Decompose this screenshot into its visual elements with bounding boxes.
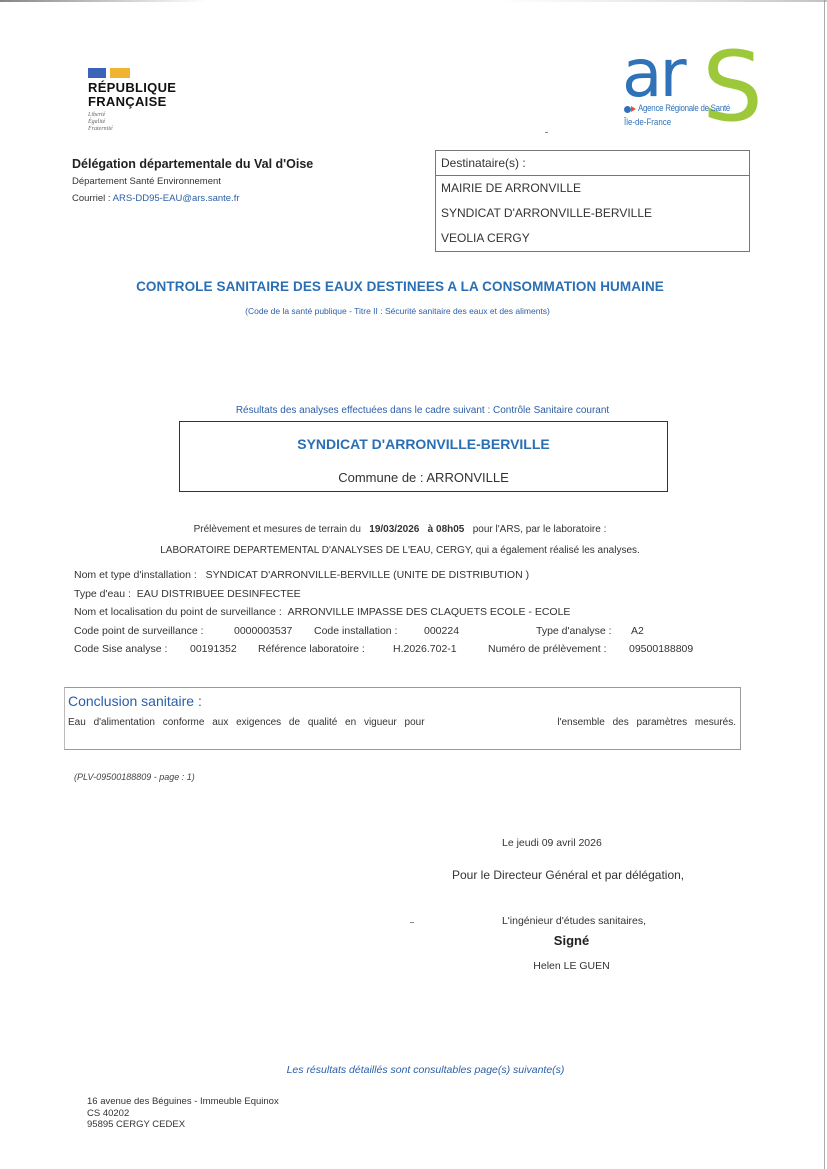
- delegation-block: Délégation départementale du Val d'Oise …: [72, 157, 313, 204]
- conclusion-box: Conclusion sanitaire : Eau d'alimentatio…: [64, 687, 741, 750]
- sampling-info: Prélèvement et mesures de terrain du 19/…: [0, 519, 800, 561]
- entity-name: SYNDICAT D'ARRONVILLE-BERVILLE: [180, 436, 667, 452]
- signature-signed: Signé: [0, 933, 827, 948]
- recipient-item: SYNDICAT D'ARRONVILLE-BERVILLE: [436, 201, 749, 226]
- footer-address: 16 avenue des Béguines - Immeuble Equino…: [87, 1096, 279, 1131]
- analysis-type-value: A2: [631, 622, 644, 641]
- ars-chevron-icon: [631, 106, 636, 112]
- sampling-date: 19/03/2026: [369, 524, 419, 535]
- codes-row: Code point de surveillance : 0000003537 …: [74, 622, 570, 641]
- email-link[interactable]: ARS-DD95-EAU@ars.sante.fr: [113, 193, 240, 204]
- rf-name-line1: RÉPUBLIQUE: [88, 81, 176, 95]
- ars-region-name: Île-de-France: [624, 117, 671, 127]
- conclusion-text: Eau d'alimentation conforme aux exigence…: [68, 717, 736, 728]
- lab-ref-value: H.2026.702-1: [393, 640, 457, 659]
- delegation-department: Département Santé Environnement: [72, 176, 313, 187]
- details-block: Nom et type d'installation : SYNDICAT D'…: [74, 566, 570, 659]
- ars-agency-name: Agence Régionale de Santé: [638, 103, 730, 113]
- recipients-box: Destinataire(s) : MAIRIE DE ARRONVILLE S…: [435, 150, 750, 252]
- recipients-label: Destinataire(s) :: [436, 151, 749, 176]
- signature-for: Pour le Directeur Général et par délégat…: [452, 868, 684, 882]
- republique-francaise-logo: RÉPUBLIQUE FRANÇAISE Liberté Égalité Fra…: [88, 68, 176, 133]
- document-subtitle: (Code de la santé publique - Titre II : …: [0, 306, 795, 316]
- water-type-value: EAU DISTRIBUEE DESINFECTEE: [137, 585, 301, 604]
- point-code-value: 0000003537: [234, 622, 292, 641]
- point-row: Nom et localisation du point de surveill…: [74, 603, 570, 622]
- water-type-row: Type d'eau : EAU DISTRIBUEE DESINFECTEE: [74, 585, 570, 604]
- recipient-item: VEOLIA CERGY: [436, 226, 749, 251]
- signature-date: Le jeudi 09 avril 2026: [502, 837, 602, 849]
- delegation-mail: Courriel : ARS-DD95-EAU@ars.sante.fr: [72, 193, 313, 204]
- detailed-results-note: Les résultats détaillés sont consultable…: [0, 1064, 827, 1076]
- signature-role: L'ingénieur d'études sanitaires,: [0, 915, 827, 927]
- sampling-line-1: Prélèvement et mesures de terrain du 19/…: [0, 519, 800, 540]
- installation-value: SYNDICAT D'ARRONVILLE-BERVILLE (UNITE DE…: [206, 566, 529, 585]
- rf-name-line2: FRANÇAISE: [88, 95, 176, 109]
- entity-box: SYNDICAT D'ARRONVILLE-BERVILLE Commune d…: [179, 421, 668, 492]
- rf-motto: Liberté Égalité Fraternité: [88, 112, 176, 133]
- installation-row: Nom et type d'installation : SYNDICAT D'…: [74, 566, 570, 585]
- signature-name: Helen LE GUEN: [0, 960, 827, 972]
- sise-value: 00191352: [190, 640, 237, 659]
- scan-edge-top: [0, 0, 827, 2]
- sampling-time: à 08h05: [428, 524, 465, 535]
- ars-letter-s: S: [702, 37, 763, 137]
- install-code-value: 000224: [424, 622, 459, 641]
- delegation-title: Délégation départementale du Val d'Oise: [72, 157, 313, 171]
- conclusion-title: Conclusion sanitaire :: [68, 693, 202, 709]
- analysis-context: Résultats des analyses effectuées dans l…: [0, 405, 827, 416]
- ars-logo: ar S Agence Régionale de Santé Île-de-Fr…: [620, 45, 760, 145]
- point-value: ARRONVILLE IMPASSE DES CLAQUETS ECOLE - …: [288, 603, 571, 622]
- marianne-flag-icon: [88, 68, 176, 78]
- entity-commune: Commune de : ARRONVILLE: [180, 470, 667, 485]
- sampling-lab-line: LABORATOIRE DEPARTEMENTAL D'ANALYSES DE …: [0, 540, 800, 561]
- ars-dot-icon: [624, 106, 631, 113]
- page-reference: (PLV-09500188809 - page : 1): [74, 772, 195, 782]
- scan-edge-right: [824, 0, 825, 1169]
- scan-speck: [545, 132, 548, 133]
- recipient-item: MAIRIE DE ARRONVILLE: [436, 176, 749, 201]
- document-title: CONTROLE SANITAIRE DES EAUX DESTINEES A …: [0, 279, 800, 294]
- sample-no-value: 09500188809: [629, 640, 693, 659]
- ars-letters-ar: ar: [622, 39, 684, 109]
- refs-row: Code Sise analyse : 00191352 Référence l…: [74, 640, 570, 659]
